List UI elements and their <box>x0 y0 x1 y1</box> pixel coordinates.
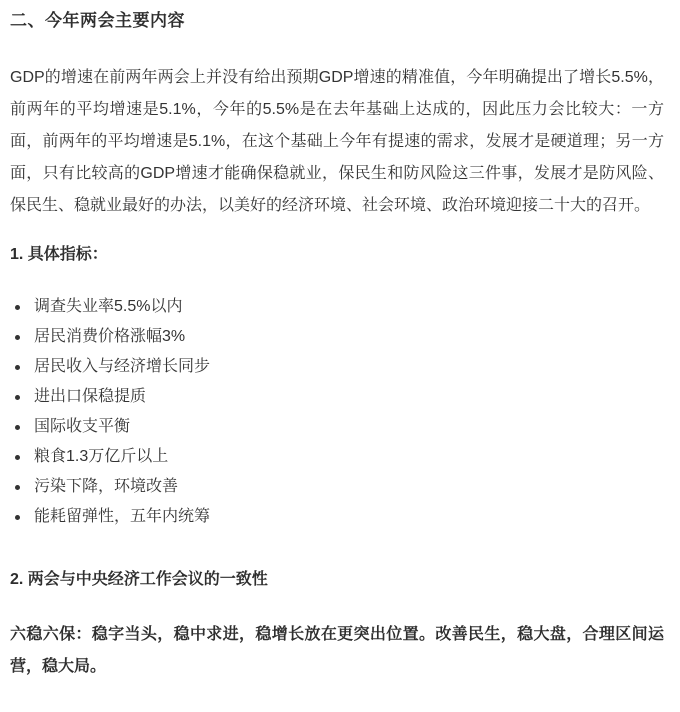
subsection-1-title: 1. 具体指标： <box>10 244 664 266</box>
list-item: 居民收入与经济增长同步 <box>10 352 664 382</box>
list-item-label: 居民收入与经济增长同步 <box>34 358 210 375</box>
list-item: 能耗留弹性，五年内统筹 <box>10 502 664 532</box>
bullet-icon <box>15 485 20 490</box>
list-item: 进出口保稳提质 <box>10 382 664 412</box>
list-item: 污染下降，环境改善 <box>10 472 664 502</box>
bullet-icon <box>15 305 20 310</box>
list-item: 调查失业率5.5%以内 <box>10 292 664 322</box>
list-item-label: 调查失业率5.5%以内 <box>34 298 182 315</box>
subsection-2-title: 2. 两会与中央经济工作会议的一致性 <box>10 569 664 591</box>
bullet-icon <box>15 365 20 370</box>
list-item-label: 国际收支平衡 <box>34 418 130 435</box>
list-item-label: 居民消费价格涨幅3% <box>34 328 185 345</box>
bullet-icon <box>15 455 20 460</box>
list-item: 粮食1.3万亿斤以上 <box>10 442 664 472</box>
list-item-label: 进出口保稳提质 <box>34 388 146 405</box>
list-item-label: 污染下降，环境改善 <box>34 478 178 495</box>
section-title: 二、今年两会主要内容 <box>10 10 664 32</box>
bullet-icon <box>15 515 20 520</box>
bullet-icon <box>15 425 20 430</box>
bullet-icon <box>15 335 20 340</box>
list-item: 国际收支平衡 <box>10 412 664 442</box>
indicator-list: 调查失业率5.5%以内 居民消费价格涨幅3% 居民收入与经济增长同步 进出口保稳… <box>10 292 664 532</box>
article: 二、今年两会主要内容 GDP的增速在前两年两会上并没有给出预期GDP增速的精准值… <box>0 0 680 683</box>
gdp-paragraph: GDP的增速在前两年两会上并没有给出预期GDP增速的精准值，今年明确提出了增长5… <box>10 62 664 222</box>
bullet-icon <box>15 395 20 400</box>
conclusion-paragraph: 六稳六保：稳字当头，稳中求进，稳增长放在更突出位置。改善民生，稳大盘，合理区间运… <box>10 619 664 683</box>
list-item: 居民消费价格涨幅3% <box>10 322 664 352</box>
list-item-label: 能耗留弹性，五年内统筹 <box>34 508 210 525</box>
list-item-label: 粮食1.3万亿斤以上 <box>34 448 168 465</box>
